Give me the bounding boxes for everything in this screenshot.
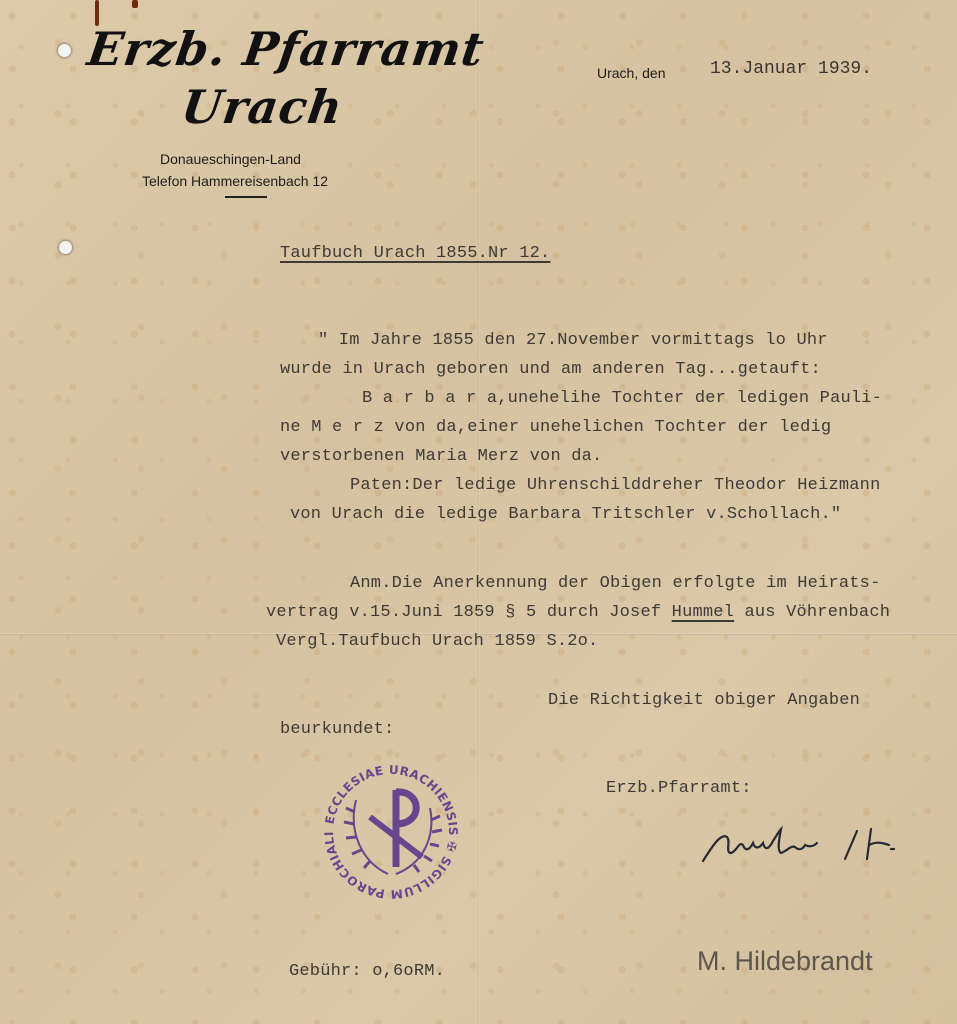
letterhead-phone: Telefon Hammereisenbach 12 — [142, 173, 328, 189]
handwritten-signature-icon — [695, 815, 915, 875]
dateline-date: 13.Januar 1939. — [710, 59, 872, 79]
attestation-line: beurkundet: — [280, 720, 394, 739]
signature-office: Erzb.Pfarramt: — [606, 779, 752, 798]
note-underlined-name: Hummel — [672, 603, 734, 622]
note-text: vertrag v.15.Juni 1859 § 5 durch Josef — [266, 603, 672, 622]
punch-hole-icon — [58, 44, 71, 57]
body-line: B a r b a r a,unehelihe Tochter der ledi… — [362, 389, 882, 408]
rust-stain — [132, 0, 138, 8]
fee-line: Gebühr: o,6oRM. — [289, 962, 445, 981]
letterhead-place: Urach — [178, 80, 346, 134]
note-line: vertrag v.15.Juni 1859 § 5 durch Josef H… — [266, 603, 890, 622]
letterhead-rule — [225, 196, 267, 198]
parish-seal-icon: ECCLESIAE URACHIENSIS ✠ SIGILLUM PAROCHI… — [318, 762, 464, 902]
body-line: von Urach die ledige Barbara Tritschler … — [290, 505, 841, 524]
body-line: Paten:Der ledige Uhrenschilddreher Theod… — [350, 476, 881, 495]
register-reference: Taufbuch Urach 1855.Nr 12. — [280, 244, 550, 263]
note-line: Vergl.Taufbuch Urach 1859 S.2o. — [276, 632, 598, 651]
photographer-watermark: M. Hildebrandt — [697, 946, 873, 977]
body-line: verstorbenen Maria Merz von da. — [280, 447, 602, 466]
body-line: ne M e r z von da,einer unehelichen Toch… — [280, 418, 831, 437]
body-line: wurde in Urach geboren und am anderen Ta… — [280, 360, 821, 379]
body-line: " Im Jahre 1855 den 27.November vormitta… — [318, 331, 828, 350]
note-text: aus Vöhrenbach — [734, 603, 890, 622]
letterhead-title: Erzb. Pfarramt — [84, 22, 488, 76]
note-line: Anm.Die Anerkennung der Obigen erfolgte … — [350, 574, 881, 593]
attestation-line: Die Richtigkeit obiger Angaben — [548, 691, 860, 710]
dateline-label: Urach, den — [597, 65, 665, 81]
letterhead-district: Donaueschingen-Land — [160, 151, 301, 167]
punch-hole-icon — [59, 241, 72, 254]
